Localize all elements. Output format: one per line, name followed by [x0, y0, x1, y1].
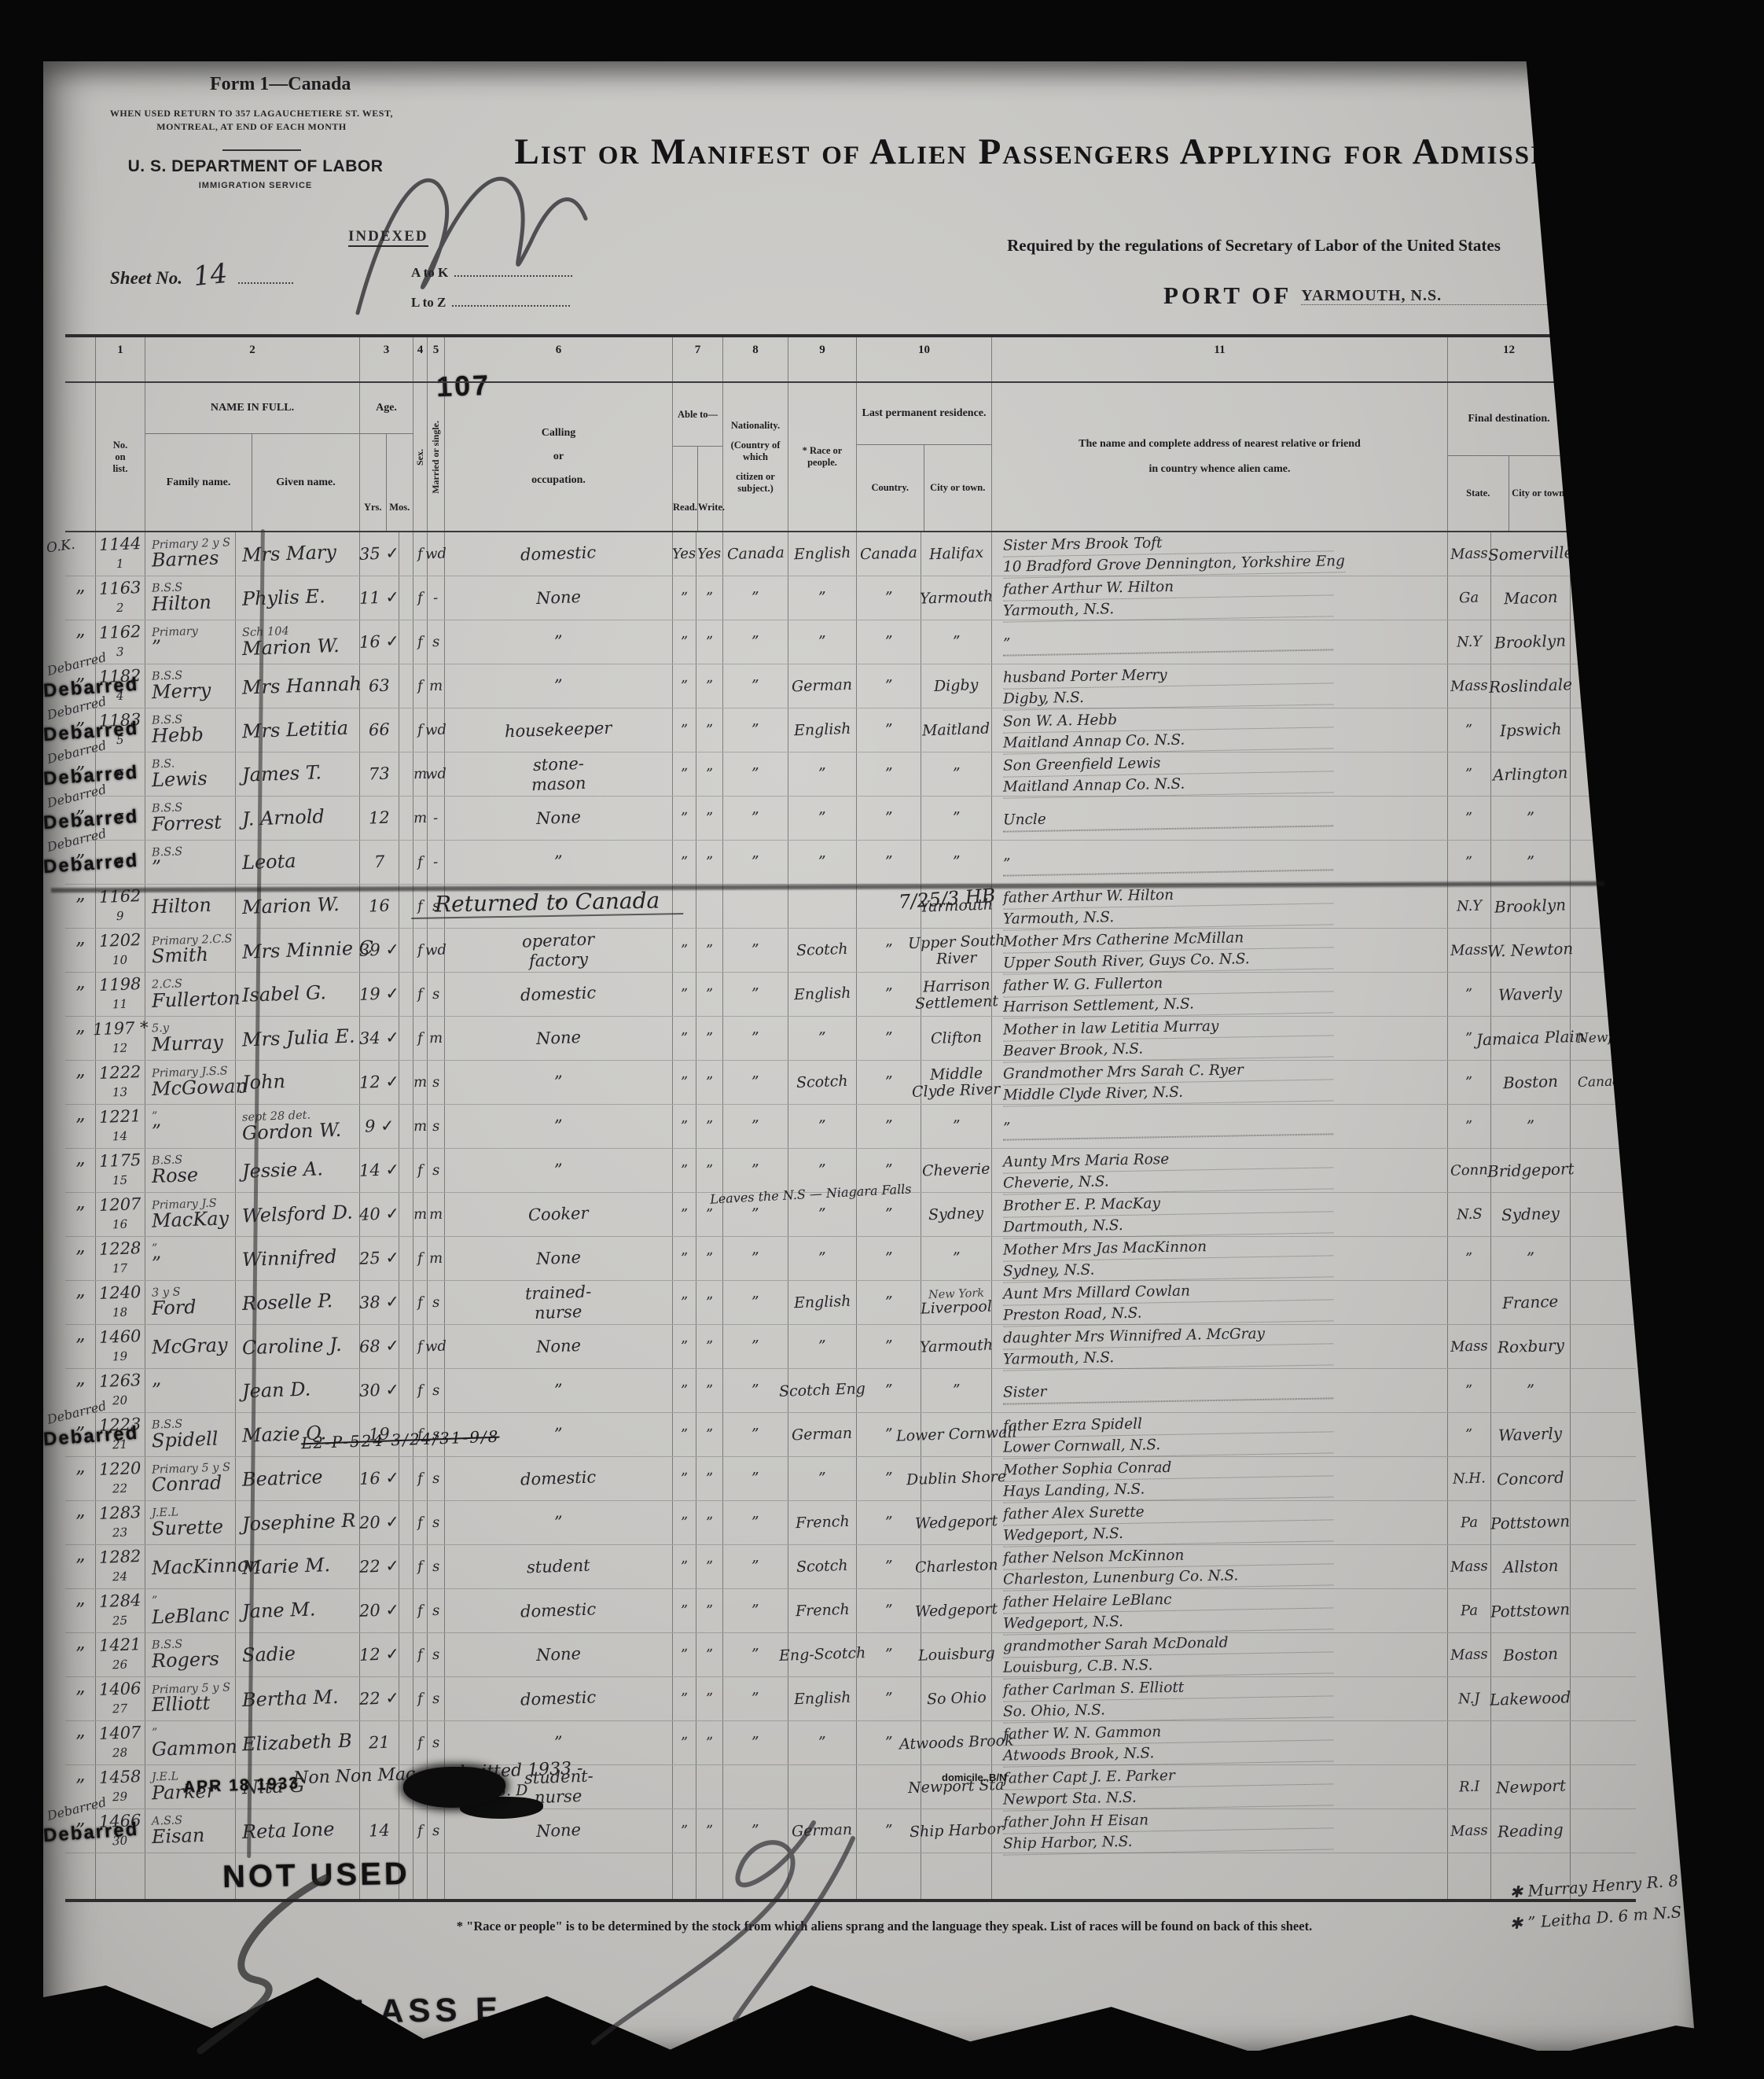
cell-family-name: B.S.SHilton: [145, 576, 236, 620]
table-row: ” 145829 J.E.LParker Nita G student-nurs…: [65, 1765, 1636, 1809]
cell-nationality: ”: [723, 1149, 788, 1192]
cell-age-months: [399, 1017, 413, 1060]
cell-marital: wd: [428, 752, 445, 796]
cell-write: ”: [696, 1017, 723, 1060]
margin-ditto: ”: [65, 885, 96, 928]
cell-residence-city: Wedgeport: [921, 1589, 992, 1632]
cell-relative: father Carlman S. ElliottSo. Ohio, N.S.: [992, 1677, 1448, 1720]
cell-age-months: [399, 973, 413, 1016]
margin-ditto: ”: [65, 1193, 96, 1236]
cell-nationality: ”: [723, 1721, 788, 1764]
cell-destination-state: N.J: [1448, 1677, 1491, 1720]
cell-age-months: [399, 1501, 413, 1544]
margin-ditto: ”: [65, 576, 96, 620]
cell-residence-city: So Ohio: [921, 1677, 992, 1720]
cell-residence-city: Dublin Shore: [921, 1457, 992, 1500]
cell-residence-city: Digby: [921, 664, 992, 708]
cell-given-name: Mrs Letitia: [236, 708, 360, 752]
cell-relative: Mother Mrs Jas MacKinnonSydney, N.S.: [992, 1237, 1448, 1280]
cell-destination-city: Macon: [1491, 576, 1571, 620]
cell-relative: father W. N. GammonAtwoods Brook, N.S.: [992, 1721, 1448, 1764]
cell-sex: f: [413, 1237, 428, 1280]
cell-marital: m: [428, 1237, 445, 1280]
cell-destination-state: Pa: [1448, 1589, 1491, 1632]
cell-nationality: ”: [723, 929, 788, 972]
cell-family-name: ”Gammon: [145, 1721, 236, 1764]
cell-age-months: [399, 841, 413, 884]
table-row: ” 124018 3 y SFord Roselle P. 38 ✓ f s t…: [65, 1281, 1636, 1325]
cell-given-name: Marie M.: [236, 1545, 360, 1588]
cell-relative: ”: [992, 620, 1448, 664]
cell-age-years: 35 ✓: [360, 532, 399, 576]
margin-ditto: ”: [65, 1105, 96, 1148]
cell-destination-city: Pottstown: [1491, 1589, 1571, 1632]
cell-destination-state: N.Y: [1448, 885, 1491, 928]
table-row: ” 128323 J.E.LSurette Josephine R 20 ✓ f…: [65, 1501, 1636, 1545]
table-body: 11441 Primary 2 y SBarnes Mrs Mary 35 ✓ …: [65, 532, 1636, 1853]
cell-race: ”: [788, 1105, 857, 1148]
table-row: ” 128224 MacKinnon Marie M. 22 ✓ f s stu…: [65, 1545, 1636, 1589]
cell-marital: wd: [428, 1325, 445, 1368]
cell-occupation: None: [445, 797, 673, 840]
cell-read: ”: [673, 752, 696, 796]
cell-nationality: ”: [723, 1237, 788, 1280]
table-row: ” 120210 Primary 2.C.SSmith Mrs Minnie C…: [65, 929, 1636, 973]
cell-race: ”: [788, 1721, 857, 1764]
annotation-smallprint: domicile. B/N: [942, 1772, 1006, 1783]
cell-nationality: ”: [723, 1457, 788, 1500]
cell-manifest-number: 128224: [96, 1545, 145, 1588]
cell-race: English: [788, 1677, 857, 1720]
cell-read: ”: [673, 1457, 696, 1500]
cell-write: ”: [696, 1281, 723, 1324]
cell-sex: f: [413, 1281, 428, 1324]
cell-citizenship-clipped: [1571, 1677, 1636, 1720]
table-row: ” 142126 B.S.SRogers Sadie 12 ✓ f s None…: [65, 1633, 1636, 1677]
cell-given-name: Sch 104Marion W.: [236, 620, 360, 664]
cell-residence-city: Lower Cornwall: [921, 1413, 992, 1456]
cell-write: ”: [696, 1413, 723, 1456]
cell-family-name: Primary 2.C.SSmith: [145, 929, 236, 972]
table-row: ” 122213 Primary J.S.SMcGowan John 12 ✓ …: [65, 1061, 1636, 1105]
cell-age-months: [399, 1061, 413, 1104]
cell-manifest-number: 142126: [96, 1633, 145, 1676]
table-row: ” 11835 B.S.SHebb Mrs Letitia 66 f wd ho…: [65, 708, 1636, 752]
cell-manifest-number: 11632: [96, 576, 145, 620]
cell-nationality: ”: [723, 1589, 788, 1632]
cell-age-years: 19 ✓: [360, 973, 399, 1016]
cell-destination-city: [1491, 1721, 1571, 1764]
cell-sex: f: [413, 576, 428, 620]
cell-citizenship-clipped: [1571, 1237, 1636, 1280]
cell-occupation: domestic: [445, 1457, 673, 1500]
cell-write: ”: [696, 1501, 723, 1544]
cell-residence-city: Cheverie: [921, 1149, 992, 1192]
cell-destination-state: [1448, 1721, 1491, 1764]
cell-read: ”: [673, 1633, 696, 1676]
cell-given-name: Jane M.: [236, 1589, 360, 1632]
cell-read: ”: [673, 929, 696, 972]
cell-race: ”: [788, 797, 857, 840]
cell-family-name: Primary 5 y SElliott: [145, 1677, 236, 1720]
cell-residence-country: ”: [857, 664, 921, 708]
cell-marital: s: [428, 1501, 445, 1544]
cell-marital: s: [428, 1281, 445, 1324]
cell-write: ”: [696, 1457, 723, 1500]
cell-residence-city: Yarmouth: [921, 1325, 992, 1368]
cell-manifest-number: 122114: [96, 1105, 145, 1148]
cell-destination-state: Conn: [1448, 1149, 1491, 1192]
table-row: ” 119811 2.C.SFullerton Isabel G. 19 ✓ f…: [65, 973, 1636, 1017]
cell-nationality: ”: [723, 752, 788, 796]
cell-manifest-number: 140728: [96, 1721, 145, 1764]
cell-write: ”: [696, 1677, 723, 1720]
cell-destination-state: N.S: [1448, 1193, 1491, 1236]
cell-occupation: stone-mason: [445, 752, 673, 796]
cell-marital: m: [428, 664, 445, 708]
cell-marital: s: [428, 1809, 445, 1853]
cell-destination-city: ”: [1491, 1237, 1571, 1280]
cell-age-months: [399, 664, 413, 708]
cell-age-years: 14 ✓: [360, 1149, 399, 1192]
cell-marital: s: [428, 1677, 445, 1720]
cell-age-years: 11 ✓: [360, 576, 399, 620]
cell-occupation: domestic: [445, 1677, 673, 1720]
cell-nationality: ”: [723, 1105, 788, 1148]
cell-nationality: ”: [723, 1061, 788, 1104]
cell-race: ”: [788, 1457, 857, 1500]
cell-destination-city: Brooklyn: [1491, 885, 1571, 928]
col-name-in-full: NAME IN FULL. Family name. Given name.: [145, 383, 360, 531]
cell-occupation: domestic: [445, 973, 673, 1016]
cell-write: ”: [696, 1237, 723, 1280]
cell-occupation: ”: [445, 1061, 673, 1104]
cell-destination-state: Mass: [1448, 1633, 1491, 1676]
cell-read: ”: [673, 1545, 696, 1588]
cell-marital: s: [428, 1457, 445, 1500]
cell-marital: m: [428, 1193, 445, 1236]
cell-occupation: None: [445, 1633, 673, 1676]
cell-age-months: [399, 797, 413, 840]
cell-sex: f: [413, 1017, 428, 1060]
cell-race: Scotch: [788, 1545, 857, 1588]
cell-citizenship-clipped: [1571, 1633, 1636, 1676]
manifest-table: 1 2 3 4 5 6 7 8 9 10 11 12 No.onlist. NA…: [65, 334, 1636, 1902]
table-row: ” 11629 Hilton Marion W. 16 f s ” Yarmou…: [65, 885, 1636, 929]
cell-marital: -: [428, 576, 445, 620]
table-row: 11441 Primary 2 y SBarnes Mrs Mary 35 ✓ …: [65, 532, 1636, 576]
cell-marital: s: [428, 1589, 445, 1632]
cell-read: [673, 1765, 696, 1809]
cell-destination-city: Lakewood: [1491, 1677, 1571, 1720]
margin-ditto: ”: [65, 1501, 96, 1544]
cell-race: French: [788, 1501, 857, 1544]
cell-age-months: [399, 620, 413, 664]
cell-race: German: [788, 664, 857, 708]
cell-destination-city: Somerville: [1491, 532, 1571, 576]
cell-family-name: 2.C.SFullerton: [145, 973, 236, 1016]
cell-destination-state: Mass: [1448, 929, 1491, 972]
cell-sex: f: [413, 973, 428, 1016]
cell-nationality: ”: [723, 576, 788, 620]
cell-relative: ”: [992, 1105, 1448, 1148]
cell-age-years: 21: [360, 1721, 399, 1764]
cell-family-name: ”LeBlanc: [145, 1589, 236, 1632]
cell-nationality: [723, 885, 788, 928]
cell-age-years: 12 ✓: [360, 1061, 399, 1104]
cell-family-name: ””: [145, 1237, 236, 1280]
col-last-residence: Last permanent residence. Country. City …: [857, 383, 992, 531]
cell-age-years: 66: [360, 708, 399, 752]
cell-age-years: 38 ✓: [360, 1281, 399, 1324]
cell-sex: f: [413, 841, 428, 884]
cell-nationality: ”: [723, 1017, 788, 1060]
cell-occupation: ”: [445, 620, 673, 664]
cell-family-name: 5.yMurray: [145, 1017, 236, 1060]
cell-write: ”: [696, 620, 723, 664]
cell-manifest-number: 140627: [96, 1677, 145, 1720]
cell-read: ”: [673, 1237, 696, 1280]
cell-race: English: [788, 973, 857, 1016]
cell-marital: s: [428, 1149, 445, 1192]
cell-manifest-number: 11441: [96, 532, 145, 576]
cell-given-name: James T.: [236, 752, 360, 796]
cell-destination-city: Waverly: [1491, 1413, 1571, 1456]
cell-given-name: Sadie: [236, 1633, 360, 1676]
cell-residence-city: HarrisonSettlement: [921, 973, 992, 1016]
cell-age-years: 22 ✓: [360, 1545, 399, 1588]
cell-destination-city: Waverly: [1491, 973, 1571, 1016]
manifest-paper: Form 1—Canada WHEN USED RETURN TO 357 LA…: [43, 61, 1703, 2051]
cell-write: ”: [696, 1369, 723, 1412]
cell-marital: s: [428, 1105, 445, 1148]
cell-age-months: [399, 1325, 413, 1368]
cell-residence-city: ”: [921, 1105, 992, 1148]
cell-manifest-number: 1197 *12: [96, 1017, 145, 1060]
cell-write: ”: [696, 1589, 723, 1632]
cell-family-name: B.S.Lewis: [145, 752, 236, 796]
cell-occupation: student: [445, 1545, 673, 1588]
cell-read: ”: [673, 797, 696, 840]
cell-marital: s: [428, 1061, 445, 1104]
cell-age-months: [399, 1149, 413, 1192]
cell-citizenship-clipped: [1571, 1325, 1636, 1368]
cell-age-years: 22 ✓: [360, 1677, 399, 1720]
col-final-destination: Final destination. State. City or town.: [1448, 383, 1571, 531]
table-row: ” 122022 Primary 5 y SConrad Beatrice 16…: [65, 1457, 1636, 1501]
cell-sex: f: [413, 664, 428, 708]
cell-race: Eng-Scotch: [788, 1633, 857, 1676]
sheet-number-value: 14: [192, 258, 229, 293]
cell-family-name: Primary J.SMacKay: [145, 1193, 236, 1236]
cell-family-name: B.S.SHebb: [145, 708, 236, 752]
cell-age-months: [399, 1281, 413, 1324]
cell-age-years: 7: [360, 841, 399, 884]
col-nationality: Nationality.(Country of whichcitizen or …: [723, 383, 788, 531]
table-row: ” 1197 *12 5.yMurray Mrs Julia E. 34 ✓ f…: [65, 1017, 1636, 1061]
cell-relative: grandmother Sarah McDonaldLouisburg, C.B…: [992, 1633, 1448, 1676]
cell-residence-country: ”: [857, 1369, 921, 1412]
cell-read: ”: [673, 664, 696, 708]
cell-age-years: 9 ✓: [360, 1105, 399, 1148]
cell-family-name: B.S.SRogers: [145, 1633, 236, 1676]
cell-age-months: [399, 1193, 413, 1236]
cell-race: Scotch: [788, 929, 857, 972]
cell-read: ”: [673, 1721, 696, 1764]
cell-destination-state: ”: [1448, 797, 1491, 840]
cell-marital: s: [428, 1369, 445, 1412]
margin-ditto: ”: [65, 1017, 96, 1060]
cell-destination-city: Boston: [1491, 1061, 1571, 1104]
cell-race: English: [788, 532, 857, 576]
cell-sex: f: [413, 1633, 428, 1676]
cell-residence-city: Ship Harbor: [921, 1809, 992, 1853]
cell-age-months: [399, 1721, 413, 1764]
cell-race: ”: [788, 752, 857, 796]
cell-age-months: [399, 1457, 413, 1500]
cell-residence-city: ”: [921, 620, 992, 664]
col-age: Age. Yrs. Mos.: [360, 383, 413, 531]
cell-race: ”: [788, 576, 857, 620]
cell-sex: f: [413, 1809, 428, 1853]
cell-family-name: B.S.SForrest: [145, 797, 236, 840]
cell-age-years: 20 ✓: [360, 1501, 399, 1544]
cell-given-name: Marion W.: [236, 885, 360, 928]
cell-nationality: ”: [723, 973, 788, 1016]
cell-sex: f: [413, 1457, 428, 1500]
cell-residence-country: ”: [857, 1105, 921, 1148]
cell-write: ”: [696, 1105, 723, 1148]
cell-read: ”: [673, 1281, 696, 1324]
cell-relative: Uncle: [992, 797, 1448, 840]
table-row: ” 120716 Primary J.SMacKay Welsford D. 4…: [65, 1193, 1636, 1237]
cell-read: Yes: [673, 532, 696, 576]
margin-ditto: ”: [65, 1589, 96, 1632]
cell-residence-country: ”: [857, 1281, 921, 1324]
cell-write: ”: [696, 929, 723, 972]
cell-nationality: ”: [723, 841, 788, 884]
cell-destination-state: N.Y: [1448, 620, 1491, 664]
cell-age-years: 34 ✓: [360, 1017, 399, 1060]
table-row: ” 7 B.S.SForrest J. Arnold 12 m - None ”…: [65, 797, 1636, 841]
cell-relative: father Arthur W. HiltonYarmouth, N.S.: [992, 885, 1448, 928]
cell-relative: father Capt J. E. ParkerNewport Sta. N.S…: [992, 1765, 1448, 1809]
cell-destination-city: Sydney: [1491, 1193, 1571, 1236]
cell-residence-city: Louisburg: [921, 1633, 992, 1676]
cell-write: [696, 885, 723, 928]
cell-occupation: domestic: [445, 532, 673, 576]
cell-race: French: [788, 1589, 857, 1632]
cell-destination-state: ”: [1448, 1369, 1491, 1412]
cell-age-months: [399, 1677, 413, 1720]
cell-relative: father Arthur W. HiltonYarmouth, N.S.: [992, 576, 1448, 620]
cell-marital: wd: [428, 708, 445, 752]
cell-sex: f: [413, 620, 428, 664]
cell-citizenship-clipped: [1571, 1369, 1636, 1412]
table-row: ” 126320 ” Jean D. 30 ✓ f s ” ” ” ” Scot…: [65, 1369, 1636, 1413]
cell-residence-city: New YorkLiverpool: [921, 1281, 992, 1324]
cell-age-years: 16 ✓: [360, 1457, 399, 1500]
margin-ditto: ”: [65, 973, 96, 1016]
form-label: Form 1—Canada: [210, 74, 351, 95]
cell-sex: f: [413, 1721, 428, 1764]
cell-read: ”: [673, 1149, 696, 1192]
col-married: Married or single.: [428, 383, 445, 531]
cell-manifest-number: 128323: [96, 1501, 145, 1544]
cell-occupation: domestic: [445, 1589, 673, 1632]
cell-destination-city: Roxbury: [1491, 1325, 1571, 1368]
header-divider: [222, 149, 301, 151]
col-race: * Race or people.: [788, 383, 857, 531]
cell-manifest-number: 117515: [96, 1149, 145, 1192]
cell-destination-state: ”: [1448, 841, 1491, 884]
cell-relative: Aunt Mrs Millard CowlanPreston Road, N.S…: [992, 1281, 1448, 1324]
cell-residence-city: ”: [921, 1369, 992, 1412]
cell-nationality: ”: [723, 1325, 788, 1368]
table-row: ” 11623 Primary” Sch 104Marion W. 16 ✓ f…: [65, 620, 1636, 664]
cell-marital: s: [428, 1545, 445, 1588]
column-numbers-row: 1 2 3 4 5 6 7 8 9 10 11 12: [65, 337, 1636, 383]
cell-read: ”: [673, 973, 696, 1016]
cell-destination-state: ”: [1448, 708, 1491, 752]
cell-residence-country: ”: [857, 1677, 921, 1720]
cell-relative: husband Porter MerryDigby, N.S.: [992, 664, 1448, 708]
cell-citizenship-clipped: [1571, 1545, 1636, 1588]
cell-write: ”: [696, 1545, 723, 1588]
cell-age-years: 16: [360, 885, 399, 928]
cell-age-months: [399, 1369, 413, 1412]
return-note: WHEN USED RETURN TO 357 LAGAUCHETIERE ST…: [67, 107, 436, 134]
cell-relative: father Helaire LeBlancWedgeport, N.S.: [992, 1589, 1448, 1632]
cell-destination-state: ”: [1448, 1413, 1491, 1456]
cell-write: ”: [696, 1061, 723, 1104]
cell-manifest-number: 128425: [96, 1589, 145, 1632]
cell-read: ”: [673, 1501, 696, 1544]
col-sex: Sex.: [413, 383, 428, 531]
cell-family-name: B.S.SMerry: [145, 664, 236, 708]
cell-nationality: [723, 1765, 788, 1809]
cell-destination-state: [1448, 1281, 1491, 1324]
cell-destination-state: ”: [1448, 1061, 1491, 1104]
cell-manifest-number: 146019: [96, 1325, 145, 1368]
cell-write: ”: [696, 752, 723, 796]
cell-age-years: 39 ✓: [360, 929, 399, 972]
cell-destination-city: Reading: [1491, 1809, 1571, 1853]
cell-destination-state: ”: [1448, 752, 1491, 796]
cell-age-months: [399, 1105, 413, 1148]
cell-family-name: Hilton: [145, 885, 236, 928]
cell-marital: s: [428, 620, 445, 664]
cell-age-years: 12: [360, 797, 399, 840]
cell-residence-country: ”: [857, 1633, 921, 1676]
cell-age-months: [399, 576, 413, 620]
cell-nationality: Canada: [723, 532, 788, 576]
cell-destination-city: W. Newton: [1491, 929, 1571, 972]
cell-destination-city: Ipswich: [1491, 708, 1571, 752]
cell-citizenship-clipped: [1571, 1413, 1636, 1456]
cell-destination-city: Jamaica Plain: [1491, 1017, 1571, 1060]
cell-citizenship-clipped: [1571, 1809, 1636, 1853]
cell-destination-state: Mass: [1448, 664, 1491, 708]
cell-race: German: [788, 1413, 857, 1456]
cell-write: ”: [696, 664, 723, 708]
table-row: ” 122114 ”” sept 28 det.Gordon W. 9 ✓ m …: [65, 1105, 1636, 1149]
cell-destination-city: France: [1491, 1281, 1571, 1324]
cell-sex: f: [413, 1545, 428, 1588]
cell-citizenship-clipped: [1571, 1589, 1636, 1632]
cell-marital: -: [428, 797, 445, 840]
cell-occupation: None: [445, 1325, 673, 1368]
